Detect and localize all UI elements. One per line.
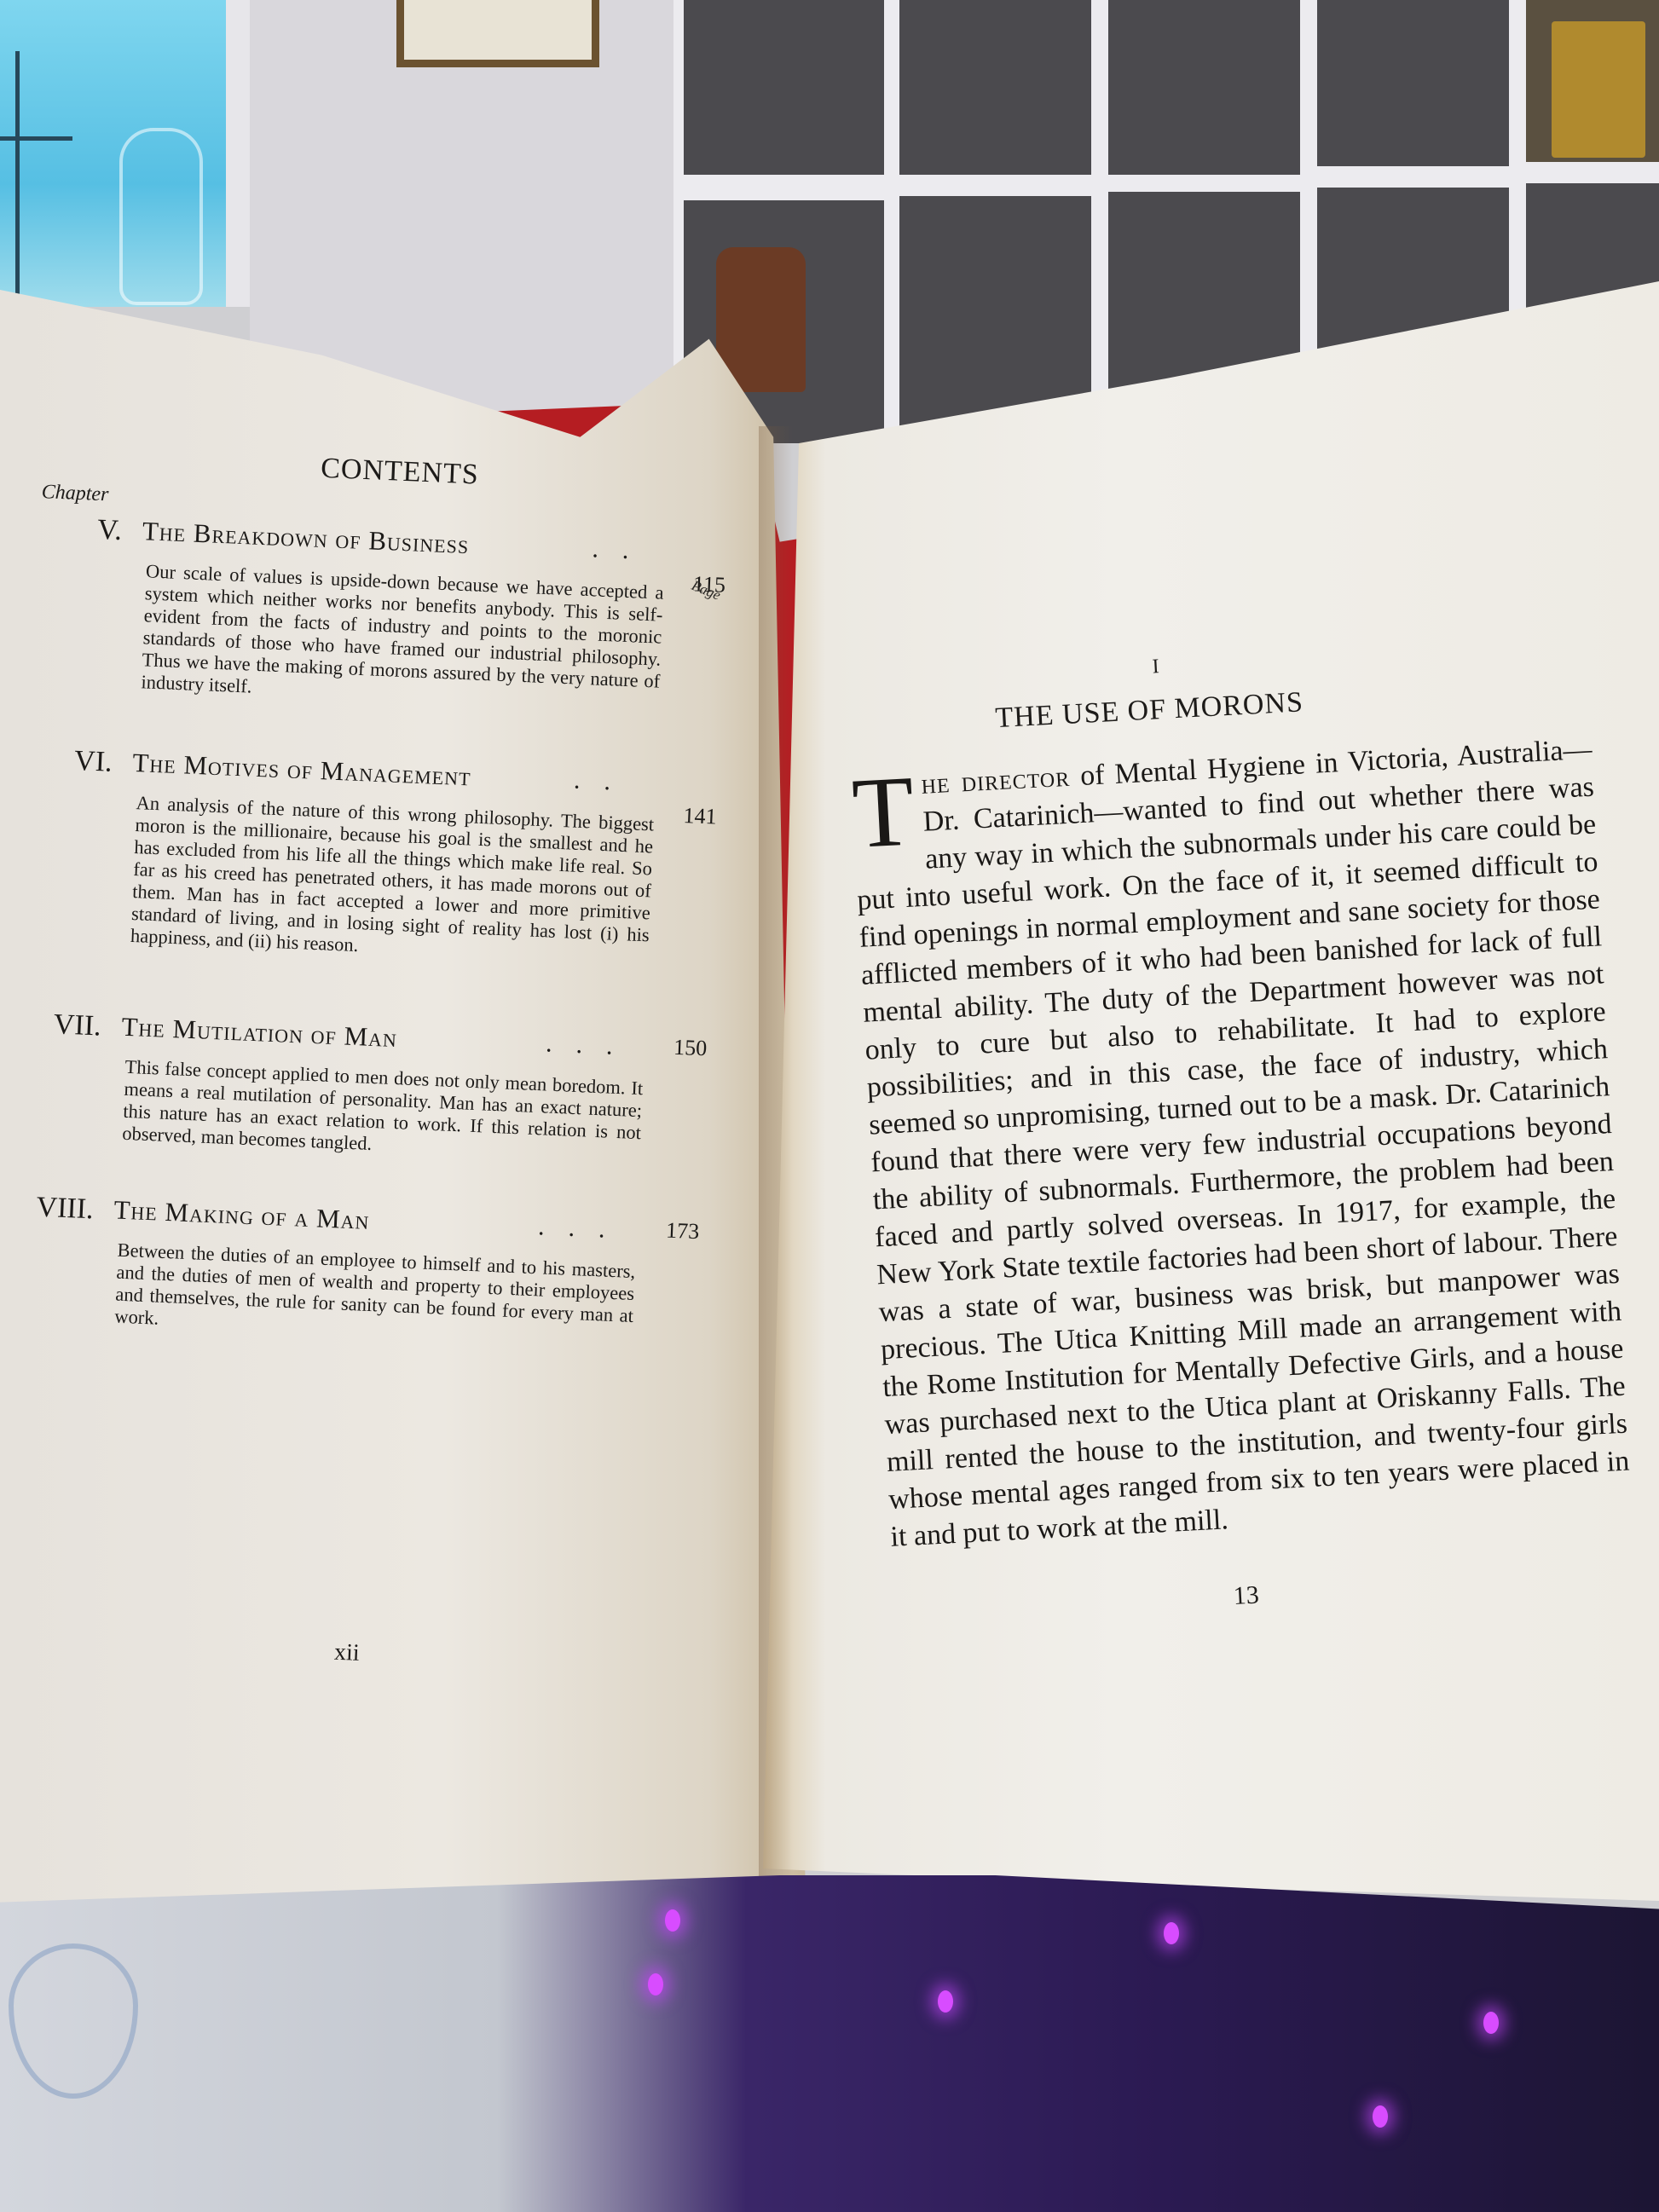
- opening-smallcaps: he director: [921, 761, 1071, 800]
- leader-dots: ...: [538, 1212, 630, 1245]
- chapter-heading: THE USE OF MORONS: [995, 686, 1304, 735]
- purple-light: [1373, 2105, 1388, 2128]
- chapter-body: The director of Mental Hygiene in Victor…: [850, 731, 1632, 1556]
- chapter-column-label: Chapter: [41, 481, 109, 506]
- leader-dots: ..: [592, 534, 653, 566]
- chapter-title: The Mutilation of Man: [121, 1012, 398, 1054]
- chapter-numeral: VIII.: [8, 1190, 95, 1226]
- purple-light: [665, 1909, 680, 1932]
- chapter-summary: Our scale of values is upside-down becau…: [141, 560, 664, 714]
- chapter-title: The Making of a Man: [113, 1194, 370, 1236]
- toc-entry[interactable]: VII. The Mutilation of Man ... 150 This …: [0, 1005, 743, 1037]
- chapter-page-number: 141: [683, 803, 717, 830]
- leader-dots: ...: [546, 1029, 638, 1061]
- chapter-summary: This false concept applied to men does n…: [122, 1056, 644, 1166]
- chapter-one: I THE USE OF MORONS The director of Ment…: [783, 0, 1659, 1874]
- chapter-title: The Breakdown of Business: [142, 516, 470, 560]
- table-of-contents: CONTENTS Chapter Page V. The Breakdown o…: [0, 0, 823, 1908]
- chapter-numeral: VII.: [15, 1007, 102, 1042]
- chapter-numeral: VI.: [26, 743, 113, 779]
- chapter-title: The Motives of Management: [132, 748, 471, 793]
- purple-light: [1483, 2012, 1499, 2034]
- toc-entry[interactable]: VI. The Motives of Management .. 141 An …: [0, 742, 754, 774]
- purple-light: [648, 1973, 663, 1995]
- purple-light: [1164, 1922, 1179, 1944]
- chapter-numeral: V.: [36, 511, 123, 547]
- purple-light: [938, 1990, 953, 2013]
- chapter-number: I: [1152, 656, 1159, 679]
- toc-entry[interactable]: V. The Breakdown of Business .. 115 Our …: [0, 510, 763, 542]
- chapter-summary: An analysis of the nature of this wrong …: [130, 792, 655, 968]
- leader-dots: ..: [573, 766, 634, 798]
- body-paragraph: of Mental Hygiene in Victoria, Australia…: [857, 734, 1631, 1553]
- glass-table-reflection: [0, 1875, 1659, 2212]
- chapter-page-number: 173: [666, 1218, 700, 1245]
- page-number-left: xii: [333, 1639, 360, 1667]
- chapter-page-number: 115: [692, 571, 725, 598]
- toc-entry[interactable]: VIII. The Making of a Man ... 173 Betwee…: [0, 1188, 735, 1221]
- chapter-summary: Between the duties of an employee to him…: [114, 1239, 636, 1349]
- contents-heading: CONTENTS: [320, 453, 479, 492]
- drop-cap: T: [851, 770, 916, 855]
- chapter-page-number: 150: [673, 1035, 708, 1062]
- page-number-right: 13: [1233, 1580, 1260, 1611]
